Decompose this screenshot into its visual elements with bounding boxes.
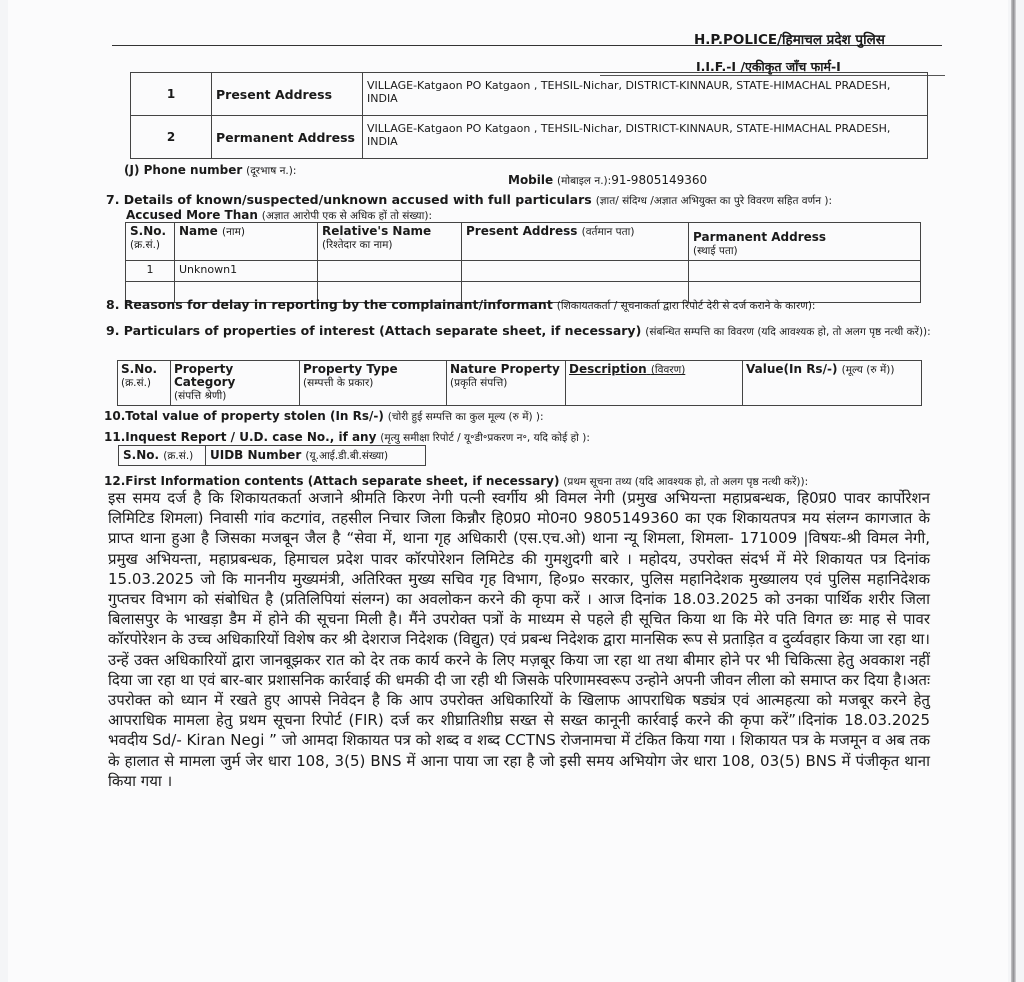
address-value: VILLAGE-Katgaon PO Katgaon , TEHSIL-Nich… <box>363 73 928 116</box>
section-7-heading: 7. Details of known/suspected/unknown ac… <box>106 192 832 208</box>
col-description: Description (विवरण) <box>566 361 743 406</box>
col-nature-property: Nature Property(प्रकृति संपत्ति) <box>447 361 566 406</box>
col-present-address: Present Address (वर्तमान पता) <box>462 223 689 261</box>
mobile-number: Mobile (मोबाइल न.):91-9805149360 <box>508 173 707 188</box>
table-header-row: S.No. (क्र.सं.) UIDB Number (यू.आई.डी.बी… <box>119 446 426 466</box>
address-label: Present Address <box>212 73 363 116</box>
address-no: 2 <box>131 116 212 159</box>
col-sno: S.No.(क्र.सं.) <box>118 361 171 406</box>
col-permanent-address: Parmanent Address(स्थाई पता) <box>689 223 921 261</box>
uidb-table: S.No. (क्र.सं.) UIDB Number (यू.आई.डी.बी… <box>118 445 426 466</box>
address-table: 1 Present Address VILLAGE-Katgaon PO Kat… <box>130 72 928 159</box>
table-row: 1 Unknown1 <box>126 261 921 282</box>
property-table: S.No.(क्र.सं.) Property Category(संपत्ति… <box>117 360 922 406</box>
mobile-value: 91-9805149360 <box>611 173 707 187</box>
col-sno: S.No. (क्र.सं.) <box>119 446 206 466</box>
table-row: 2 Permanent Address VILLAGE-Katgaon PO K… <box>131 116 928 159</box>
section-12-heading: 12.First Information contents (Attach se… <box>104 474 808 489</box>
col-value: Value(In Rs/-) (मूल्य (रु में)) <box>743 361 922 406</box>
col-property-category: Property Category(संपत्ति श्रेणी) <box>171 361 300 406</box>
accused-more-than: Accused More Than (अज्ञात आरोपी एक से अध… <box>126 208 432 223</box>
section-9-heading: 9. Particulars of properties of interest… <box>106 323 931 339</box>
section-10-heading: 10.Total value of property stolen (In Rs… <box>104 409 544 424</box>
col-relative-name: Relative's Name(रिश्तेदार का नाम) <box>318 223 462 261</box>
page-edge-shadow <box>1011 0 1016 982</box>
table-header-row: S.No.(क्र.सं.) Name (नाम) Relative's Nam… <box>126 223 921 261</box>
col-sno: S.No.(क्र.सं.) <box>126 223 175 261</box>
col-uidb-number: UIDB Number (यू.आई.डी.बी.संख्या) <box>206 446 426 466</box>
phone-number-label: (J) Phone number (दूरभाष न.): <box>124 163 296 178</box>
header-police-title: H.P.POLICE/हिमाचल प्रदेश पुलिस <box>694 30 885 48</box>
table-header-row: S.No.(क्र.सं.) Property Category(संपत्ति… <box>118 361 922 406</box>
col-name: Name (नाम) <box>175 223 318 261</box>
first-information-contents: इस समय दर्ज है कि शिकायतकर्ता अजाने श्री… <box>108 488 930 791</box>
section-8-heading: 8. Reasons for delay in reporting by the… <box>106 297 815 313</box>
col-property-type: Property Type(सम्पत्ती के प्रकार) <box>300 361 447 406</box>
accused-table: S.No.(क्र.सं.) Name (नाम) Relative's Nam… <box>125 222 921 303</box>
address-no: 1 <box>131 73 212 116</box>
address-value: VILLAGE-Katgaon PO Katgaon , TEHSIL-Nich… <box>363 116 928 159</box>
section-11-heading: 11.Inquest Report / U.D. case No., if an… <box>104 430 590 445</box>
table-row: 1 Present Address VILLAGE-Katgaon PO Kat… <box>131 73 928 116</box>
address-label: Permanent Address <box>212 116 363 159</box>
